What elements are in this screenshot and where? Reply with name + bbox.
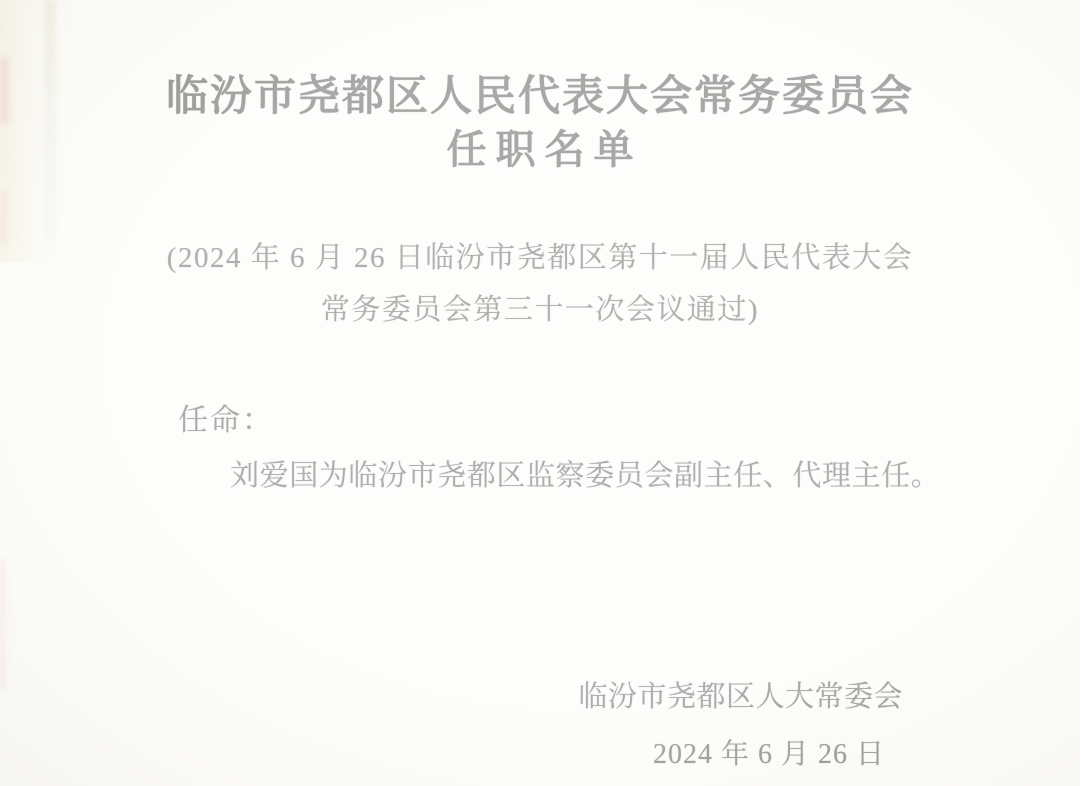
document-title-line2: 任职名单: [0, 130, 1080, 170]
issuing-authority-signature: 临汾市尧都区人大常委会: [578, 683, 903, 712]
scanned-document-page: 临汾市尧都区人民代表大会常务委员会 任职名单 (2024 年 6 月 26 日临…: [0, 0, 1080, 786]
scan-edge-line: [44, 0, 56, 248]
document-date: 2024 年 6 月 26 日: [653, 741, 885, 769]
appointment-section-label: 任命：: [178, 406, 274, 436]
meeting-note-line1: (2024 年 6 月 26 日临汾市尧都区第十一届人民代表大会: [0, 244, 1080, 273]
appointment-sentence: 刘爱国为临汾市尧都区监察委员会副主任、代理主任。: [230, 462, 940, 491]
document-title-line1: 临汾市尧都区人民代表大会常务委员会: [0, 76, 1080, 118]
scan-color-smudge: [0, 560, 6, 690]
scan-color-smudge: [0, 190, 7, 245]
meeting-note-line2: 常务委员会第三十一次会议通过): [0, 296, 1080, 325]
